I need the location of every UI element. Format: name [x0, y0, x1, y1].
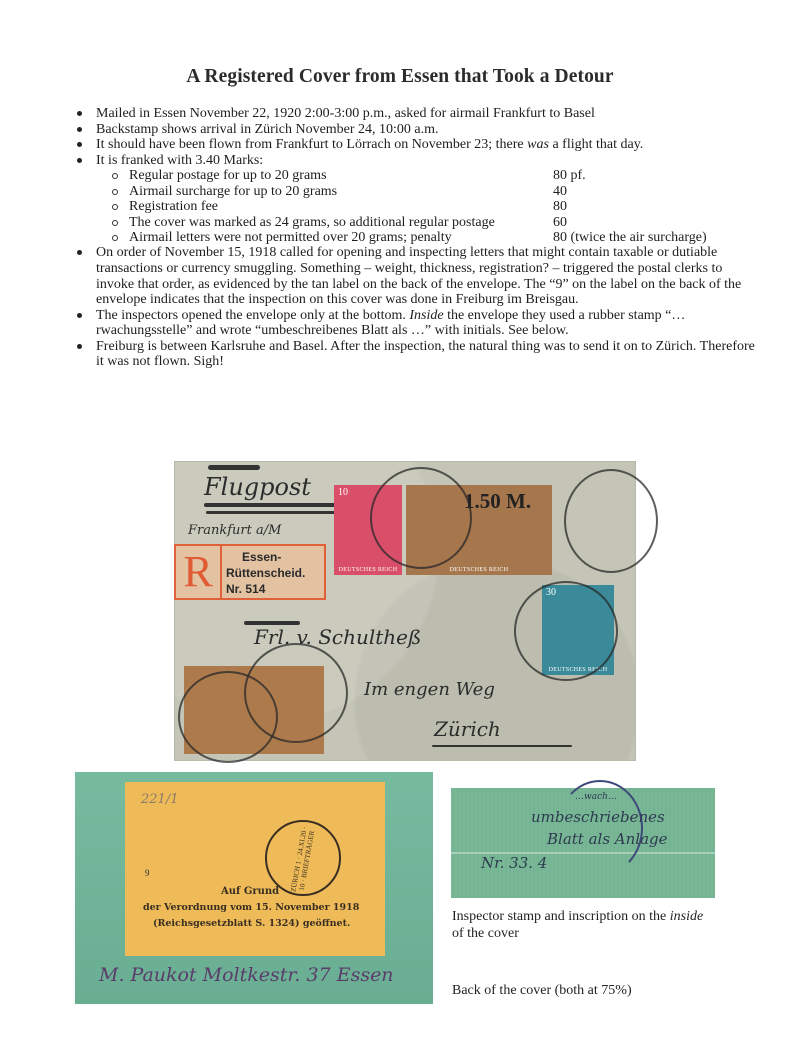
franking-row: Regular postage for up to 20 grams80 pf. — [75, 168, 755, 183]
back-caption: Back of the cover (both at 75%) — [452, 982, 752, 999]
back-cover-image: 221/1 9 ZÜRICH 1 · 24.XI.20 · 10 · BRIEF… — [75, 772, 433, 1004]
postmark-circle — [514, 581, 618, 681]
inside-cover-image: …wach… umbeschriebenes Blatt als Anlage … — [451, 788, 715, 898]
bullet-icon — [77, 313, 82, 318]
bullet-franked: It is franked with 3.40 Marks: — [75, 153, 755, 169]
bullet-icon — [77, 250, 82, 255]
postmark-circle — [244, 643, 348, 743]
bullet-icon — [77, 127, 82, 132]
postmark-circle — [564, 469, 658, 573]
bullet-order: On order of November 15, 1918 called for… — [75, 245, 755, 307]
franking-row: Registration fee80 — [75, 199, 755, 214]
underline-bar — [206, 511, 340, 514]
franking-row: Airmail letters were not permitted over … — [75, 230, 755, 245]
underline-bar — [432, 745, 572, 747]
pencil-note: 221/1 — [141, 792, 178, 807]
inside-caption: Inspector stamp and inscription on the i… — [452, 908, 712, 942]
strike-bar — [208, 465, 260, 470]
franking-row: Airmail surcharge for up to 20 grams40 — [75, 184, 755, 199]
bullet-inspectors: The inspectors opened the envelope only … — [75, 308, 755, 339]
bullet-icon — [77, 142, 82, 147]
sender-signature: M. Paukot Moltkestr. 37 Essen — [99, 964, 394, 986]
page-title: A Registered Cover from Essen that Took … — [0, 66, 800, 88]
bullet-list: Mailed in Essen November 22, 1920 2:00-3… — [75, 106, 755, 370]
circle-bullet-icon — [112, 204, 118, 210]
circle-bullet-icon — [112, 189, 118, 195]
address-line-2: Im engen Weg — [364, 679, 495, 700]
circle-bullet-icon — [112, 235, 118, 241]
underline-bar — [204, 503, 350, 507]
surcharge-overprint: 1.50 M. — [464, 489, 531, 514]
front-cover-image: Flugpost Frankfurt a/M R Essen- Rüttensc… — [174, 461, 636, 761]
inspection-label: 221/1 9 ZÜRICH 1 · 24.XI.20 · 10 · BRIEF… — [125, 782, 385, 956]
bullet-flight: It should have been flown from Frankfurt… — [75, 137, 755, 153]
zurich-postmark: ZÜRICH 1 · 24.XI.20 · 10 · BRIEFTRÄGER — [265, 820, 341, 896]
registration-label: R Essen- Rüttenscheid. Nr. 514 — [174, 544, 326, 600]
franking-row: The cover was marked as 24 grams, so add… — [75, 215, 755, 230]
postmark-circle — [370, 467, 472, 569]
bullet-freiburg: Freiburg is between Karlsruhe and Basel.… — [75, 339, 755, 370]
registration-letter: R — [176, 546, 222, 598]
label-number: 9 — [145, 868, 150, 878]
bullet-backstamp: Backstamp shows arrival in Zürich Novemb… — [75, 122, 755, 138]
bullet-mailed: Mailed in Essen November 22, 1920 2:00-3… — [75, 106, 755, 122]
circle-bullet-icon — [112, 220, 118, 226]
handwriting-frankfurt: Frankfurt a/M — [188, 523, 281, 538]
bullet-icon — [77, 158, 82, 163]
bullet-icon — [77, 111, 82, 116]
circle-bullet-icon — [112, 173, 118, 179]
handwriting-flugpost: Flugpost — [204, 473, 311, 501]
franking-list: Regular postage for up to 20 grams80 pf.… — [75, 168, 755, 245]
address-line-1: Frl. v. Schultheß — [254, 625, 421, 649]
address-line-3: Zürich — [434, 717, 501, 741]
bullet-icon — [77, 344, 82, 349]
